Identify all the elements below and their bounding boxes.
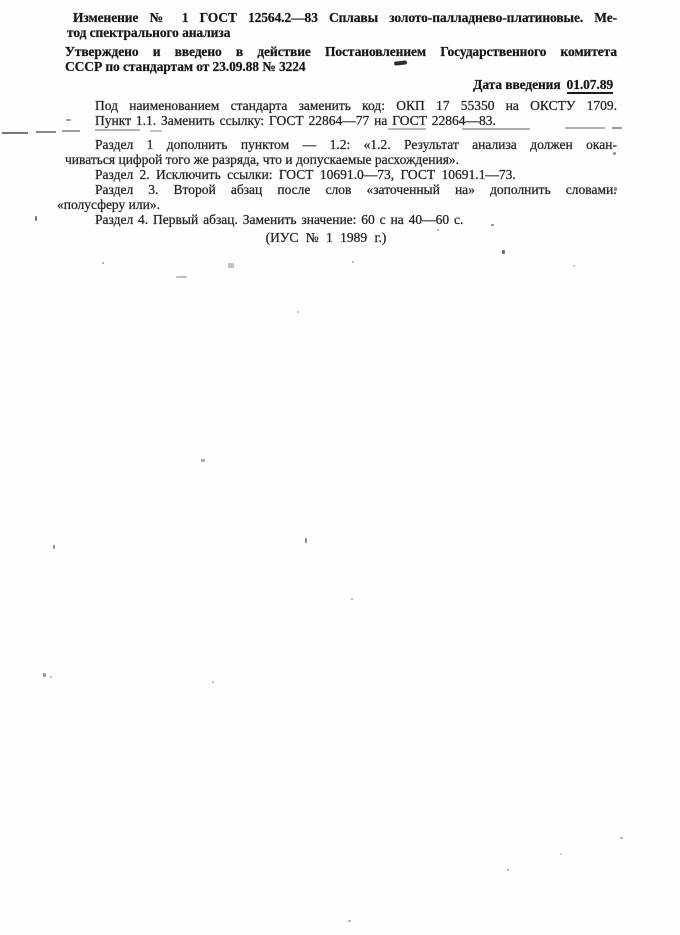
body-line: Раздел 4. Первый абзац. Заменить значени… (65, 212, 617, 227)
scan-streak-dash (95, 129, 140, 131)
scan-streak-dash (62, 130, 80, 132)
scan-speck (348, 920, 351, 922)
scan-speck (560, 853, 562, 855)
title-line-1: Изменение № 1 ГОСТ 12564.2—83 Сплавы зол… (65, 10, 617, 25)
scan-speck (620, 837, 623, 839)
scan-streak-dash (36, 131, 56, 133)
scan-speck (212, 681, 214, 683)
scan-speck (102, 262, 104, 264)
body-line: Под наименованием стандарта заменить код… (65, 98, 617, 113)
scan-speck (201, 459, 205, 462)
scan-speck (53, 545, 55, 549)
document-page: Изменение № 1 ГОСТ 12564.2—83 Сплавы зол… (0, 0, 680, 935)
scan-speck (613, 152, 616, 155)
scan-speck (507, 869, 509, 871)
body-line: «полусферу или». (57, 197, 617, 212)
title-line-2: тод спектрального анализа (65, 25, 617, 40)
body-line: Пункт 1.1. Заменить ссылку: ГОСТ 22864—7… (65, 113, 617, 128)
scan-speck (491, 224, 494, 226)
approval-line-1: Утверждено и введено в действие Постанов… (65, 44, 617, 59)
scan-streak-dash (612, 127, 622, 129)
scan-speck (502, 250, 505, 254)
date-label: Дата введения (473, 77, 560, 92)
scan-speck (297, 311, 299, 313)
body-line: Раздел 3. Второй абзац после слов «заточ… (65, 182, 617, 197)
scan-speck (43, 673, 46, 677)
scan-streak-dash (388, 128, 426, 130)
body-line: чиваться цифрой того же разряда, что и д… (65, 152, 617, 167)
approval-block: Утверждено и введено в действие Постанов… (65, 44, 617, 74)
scan-speck (351, 598, 353, 600)
body-line: Раздел 1 дополнить пунктом — 1.2: «1.2. … (65, 137, 617, 152)
scan-streak-dash (462, 128, 530, 130)
scan-streak-dash (2, 132, 28, 134)
approval-line-2: СССР по стандартам от 23.09.88 № 3224 (65, 59, 617, 74)
scan-speck (35, 216, 37, 221)
scan-streak-dash (150, 130, 162, 132)
scan-speck (50, 676, 52, 678)
date-value: 01.07.89 (567, 77, 613, 94)
body-line: Раздел 2. Исключить ссылки: ГОСТ 10691.0… (65, 167, 617, 182)
scan-speck (437, 229, 439, 231)
scan-speck (352, 261, 354, 263)
scan-speck (66, 119, 71, 121)
scan-streak-dash (565, 127, 605, 129)
introduction-date-line: Дата введения01.07.89 (65, 77, 617, 92)
scan-speck (305, 538, 307, 543)
document-content: Изменение № 1 ГОСТ 12564.2—83 Сплавы зол… (65, 10, 617, 245)
scan-speck (573, 265, 575, 267)
body-paragraphs-sections: Раздел 1 дополнить пунктом — 1.2: «1.2. … (65, 137, 617, 227)
body-paragraphs-top: Под наименованием стандарта заменить код… (65, 98, 617, 128)
scan-speck (228, 263, 234, 268)
scan-speck (614, 187, 617, 191)
ius-reference: (ИУС № 1 1989 г.) (65, 230, 617, 245)
scan-speck (176, 276, 187, 278)
